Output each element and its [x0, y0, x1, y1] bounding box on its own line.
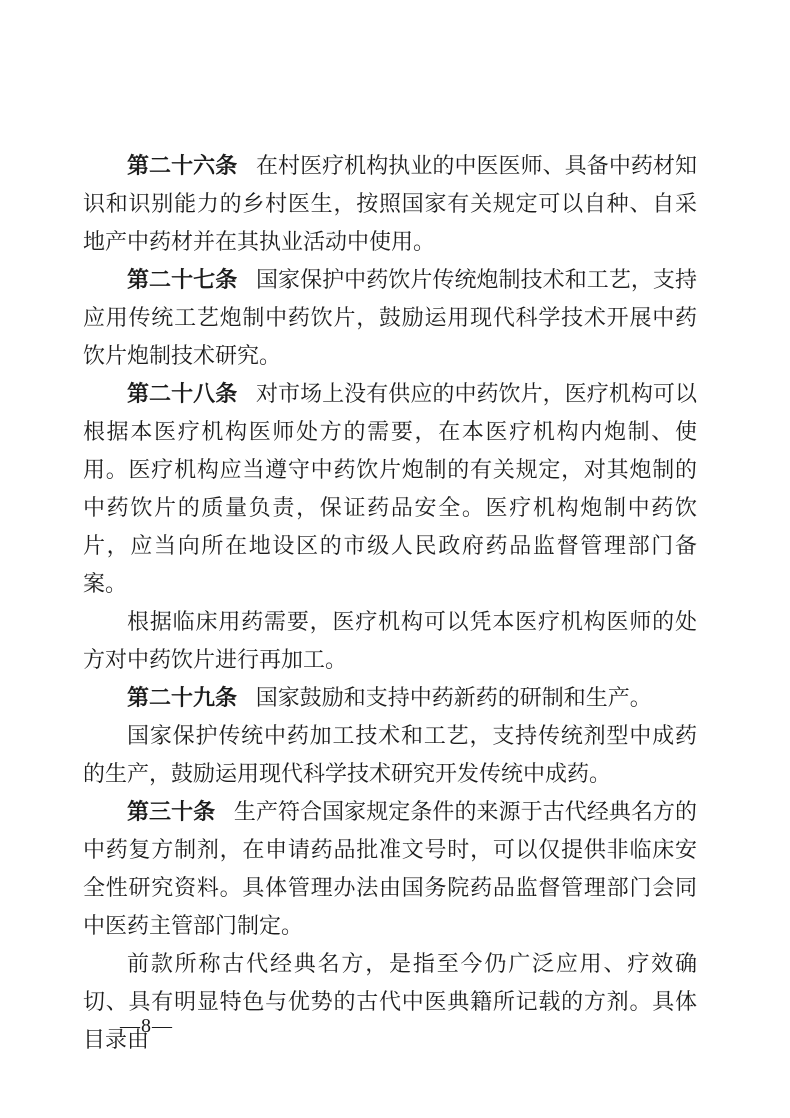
article-number: 第二十六条 [127, 153, 237, 178]
document-body: 第二十六条在村医疗机构执业的中医医师、具备中药材知识和识别能力的乡村医生，按照国… [83, 147, 697, 1059]
article-paragraph: 第二十七条国家保护中药饮片传统炮制技术和工艺，支持应用传统工艺炮制中药饮片，鼓励… [83, 261, 697, 375]
article-paragraph: 第二十九条国家鼓励和支持中药新药的研制和生产。 [83, 679, 697, 717]
page-number: —8— [120, 1012, 173, 1040]
article-paragraph: 第三十条生产符合国家规定条件的来源于古代经典名方的中药复方制剂，在申请药品批准文… [83, 793, 697, 945]
article-paragraph: 第二十六条在村医疗机构执业的中医医师、具备中药材知识和识别能力的乡村医生，按照国… [83, 147, 697, 261]
article-paragraph: 前款所称古代经典名方，是指至今仍广泛应用、疗效确切、具有明显特色与优势的古代中医… [83, 945, 697, 1059]
article-text: 国家鼓励和支持中药新药的研制和生产。 [256, 685, 652, 710]
article-text: 对市场上没有供应的中药饮片，医疗机构可以根据本医疗机构医师处方的需要，在本医疗机… [83, 381, 697, 596]
article-number: 第三十条 [127, 799, 215, 824]
article-text: 国家保护传统中药加工技术和工艺，支持传统剂型中成药的生产，鼓励运用现代科学技术研… [83, 723, 697, 786]
article-number: 第二十七条 [127, 267, 237, 292]
article-paragraph: 第二十八条对市场上没有供应的中药饮片，医疗机构可以根据本医疗机构医师处方的需要，… [83, 375, 697, 603]
article-text: 前款所称古代经典名方，是指至今仍广泛应用、疗效确切、具有明显特色与优势的古代中医… [83, 951, 697, 1052]
article-paragraph: 国家保护传统中药加工技术和工艺，支持传统剂型中成药的生产，鼓励运用现代科学技术研… [83, 717, 697, 793]
document-page: 第二十六条在村医疗机构执业的中医医师、具备中药材知识和识别能力的乡村医生，按照国… [0, 0, 790, 1118]
article-paragraph: 根据临床用药需要，医疗机构可以凭本医疗机构医师的处方对中药饮片进行再加工。 [83, 603, 697, 679]
article-number: 第二十九条 [127, 685, 237, 710]
article-number: 第二十八条 [127, 381, 237, 406]
article-text: 根据临床用药需要，医疗机构可以凭本医疗机构医师的处方对中药饮片进行再加工。 [83, 609, 697, 672]
